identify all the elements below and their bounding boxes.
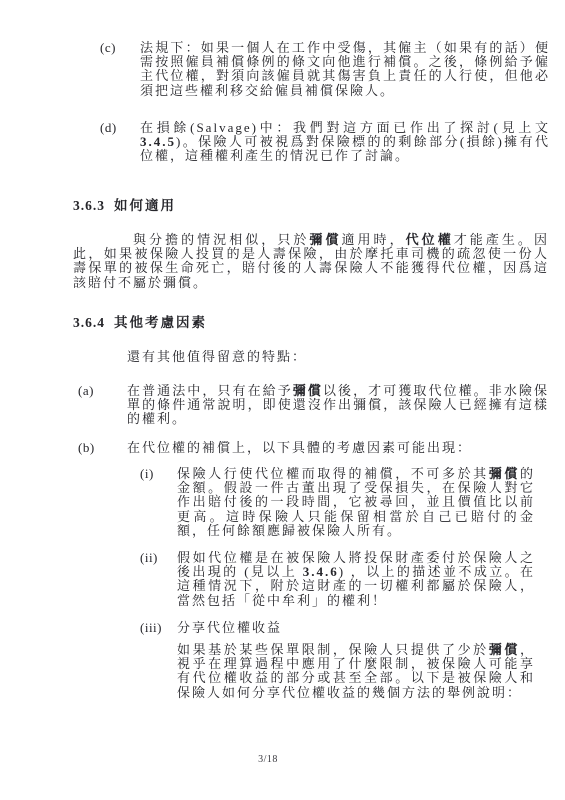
list-item-a-text: 在普通法中，只有在給予彌償以後，才可獲取代位權。非水險保單的條件通常說明，即使還…: [127, 384, 549, 427]
section-number: 3.6.4: [73, 315, 105, 330]
list-label-a: (a): [78, 384, 94, 398]
document-page: (c) 法規下：如果一個人在工作中受傷，其僱主（如果有的話）便需按照僱員補償條例…: [0, 0, 565, 800]
list-item-d-text: 在損餘(Salvage)中：我們對這方面已作出了探討(見上文3.4.5)。保險人…: [140, 121, 550, 164]
section-title: 如何適用: [114, 198, 176, 213]
list-label-iii: (iii): [140, 621, 162, 635]
page-number: 3/18: [0, 754, 536, 765]
section-3-6-3-paragraph: 與分擔的情況相似，只於彌償適用時，代位權才能產生。因此，如果被保險人投買的是人壽…: [73, 233, 549, 290]
section-heading-3-6-4: 3.6.4其他考慮因素: [73, 316, 207, 331]
list-item-i-text: 保險人行使代位權而取得的補償，不可多於其彌償的金額。假設一件古董出現了受保損失，…: [177, 467, 535, 538]
section-heading-3-6-3: 3.6.3如何適用: [73, 199, 176, 214]
list-label-c: (c): [100, 41, 116, 55]
section-title: 其他考慮因素: [114, 315, 207, 330]
list-item-iii-title: 分享代位權收益: [177, 621, 535, 635]
section-number: 3.6.3: [73, 198, 105, 213]
list-label-b: (b): [78, 441, 95, 455]
list-item-ii-text: 假如代位權是在被保險人將投保財產委付於保險人之後出現的 (見以上 3.4.6) …: [177, 551, 535, 608]
list-item-c-text: 法規下：如果一個人在工作中受傷，其僱主（如果有的話）便需按照僱員補償條例的條文向…: [140, 41, 550, 98]
list-label-d: (d): [100, 121, 117, 135]
section-3-6-4-intro: 還有其他值得留意的特點：: [127, 350, 549, 364]
list-item-b-text: 在代位權的補償上，以下具體的考慮因素可能出現：: [127, 441, 549, 455]
list-item-iii-paragraph: 如果基於某些保單限制，保險人只提供了少於彌償，視乎在理算過程中應用了什麼限制，被…: [177, 643, 535, 700]
list-label-i: (i): [140, 467, 154, 481]
list-label-ii: (ii): [140, 551, 158, 565]
